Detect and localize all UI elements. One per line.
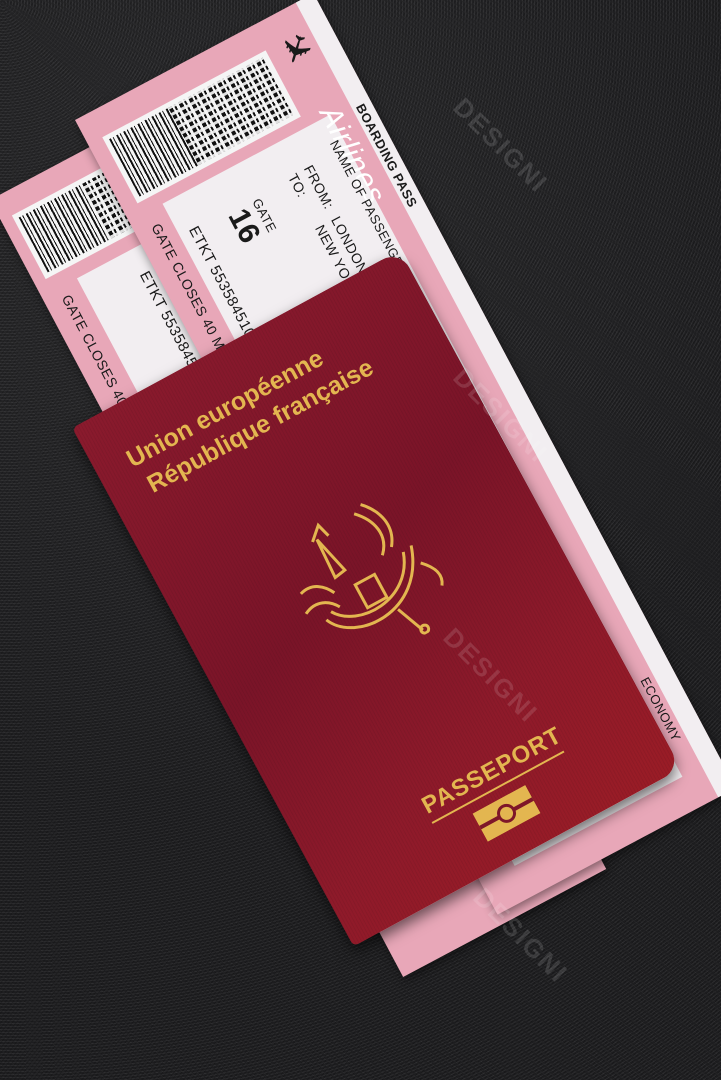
french-coat-of-arms-icon [263, 474, 469, 682]
